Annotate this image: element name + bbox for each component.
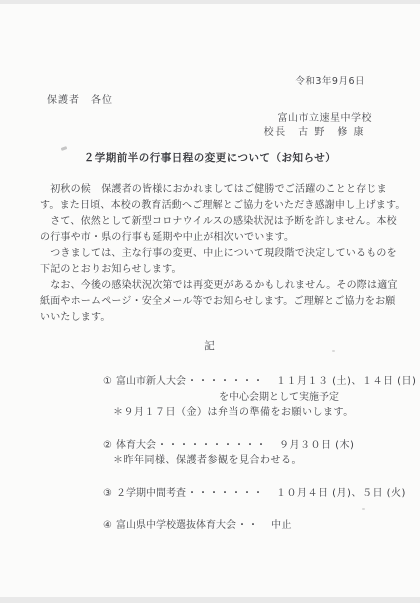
sender-school: 富山市立速星中学校 bbox=[278, 109, 373, 124]
item-dots: ・・・・・・・ bbox=[187, 488, 264, 499]
body-line: なお、今後の感染状況次第では再変更があるかもしれません。その際は適宜 bbox=[40, 278, 392, 294]
body-line: 初秋の候 保護者の皆様におかれましてはご健勝でご活躍のことと存じま bbox=[40, 182, 392, 198]
schedule-item: ④富山県中学校選抜体育大会・・中止 bbox=[103, 518, 403, 534]
schedule-list: ①富山市新人大会・・・・・・・１１月１３ (土)、１４日 (日)を中心会期として… bbox=[103, 374, 403, 551]
schedule-item: ③２学期中間考査・・・・・・・１０月４日 (月)、５日 (火) bbox=[103, 486, 403, 502]
schedule-item-subline: ＊昨年同様、保護者参観を見合わせる。 bbox=[113, 453, 403, 469]
item-name: 富山県中学校選抜体育大会 bbox=[116, 520, 236, 531]
body-line: つきましては、主な行事の変更、中止について現段階で決定しているものを bbox=[40, 246, 392, 262]
schedule-item: ①富山市新人大会・・・・・・・１１月１３ (土)、１４日 (日)を中心会期として… bbox=[103, 374, 403, 421]
item-dots: ・・・・・・・ bbox=[187, 376, 264, 387]
item-number: ④ bbox=[103, 520, 112, 531]
item-number: ③ bbox=[103, 488, 112, 499]
item-value: １０月４日 (月)、５日 (火) bbox=[276, 488, 406, 499]
body-line: す。また日頃、本校の教育活動へご理解とご協力をいただき感謝申し上げます。 bbox=[40, 198, 392, 214]
schedule-item-main: ③２学期中間考査・・・・・・・１０月４日 (月)、５日 (火) bbox=[103, 486, 403, 502]
schedule-item-main: ②体育大会・・・・・・・・・・９月３０日 (木) bbox=[103, 438, 403, 454]
paper-speck bbox=[362, 508, 365, 510]
item-dots: ・・・・・・・・・・ bbox=[157, 440, 267, 451]
paper-speck bbox=[332, 350, 335, 352]
item-number: ① bbox=[103, 376, 112, 387]
schedule-item-subline: を中心会期として実施予定 bbox=[219, 390, 403, 406]
schedule-item: ②体育大会・・・・・・・・・・９月３０日 (木)＊昨年同様、保護者参観を見合わせ… bbox=[103, 438, 403, 469]
addressee: 保護者 各位 bbox=[47, 91, 113, 106]
document-photo: 令和3年9月6日 保護者 各位 富山市立速星中学校 校長 古 野 修 康 ２学期… bbox=[0, 0, 420, 603]
schedule-item-subline: ＊９月１７日（金）は弁当の準備をお願いします。 bbox=[113, 405, 403, 421]
item-number: ② bbox=[103, 440, 112, 451]
notice-page: 令和3年9月6日 保護者 各位 富山市立速星中学校 校長 古 野 修 康 ２学期… bbox=[0, 4, 420, 597]
document-date: 令和3年9月6日 bbox=[295, 73, 365, 87]
item-name: 富山市新人大会 bbox=[116, 376, 186, 387]
item-name: 体育大会 bbox=[116, 440, 156, 451]
body-text: 初秋の候 保護者の皆様におかれましてはご健勝でご活躍のことと存じます。また日頃、… bbox=[40, 182, 392, 326]
body-line: 紙面やホームページ・安全メール等でお知らせします。ご理解とご協力をお願 bbox=[40, 294, 392, 310]
body-line: の行事や市・県の行事も延期や中止が相次いでいます。 bbox=[40, 230, 392, 246]
item-name: ２学期中間考査 bbox=[116, 488, 186, 499]
body-line: いいたします。 bbox=[40, 310, 392, 326]
body-line: 下記のとおりお知らせします。 bbox=[40, 262, 392, 278]
item-value: ９月３０日 (木) bbox=[279, 440, 354, 451]
photo-edge-bottom bbox=[0, 597, 420, 603]
sender-principal: 校長 古 野 修 康 bbox=[264, 123, 365, 138]
schedule-item-main: ④富山県中学校選抜体育大会・・中止 bbox=[103, 518, 403, 534]
record-marker: 記 bbox=[0, 338, 420, 353]
page-title: ２学期前半の行事日程の変更について（お知らせ） bbox=[0, 150, 420, 165]
item-value: １１月１３ (土)、１４日 (日) bbox=[276, 376, 416, 387]
schedule-item-main: ①富山市新人大会・・・・・・・１１月１３ (土)、１４日 (日) bbox=[103, 374, 403, 390]
item-dots: ・・ bbox=[237, 520, 259, 531]
body-line: さて、依然として新型コロナウイルスの感染状況は予断を許しません。本校 bbox=[40, 214, 392, 230]
item-value: 中止 bbox=[271, 520, 292, 531]
photo-edge-top bbox=[0, 0, 420, 4]
